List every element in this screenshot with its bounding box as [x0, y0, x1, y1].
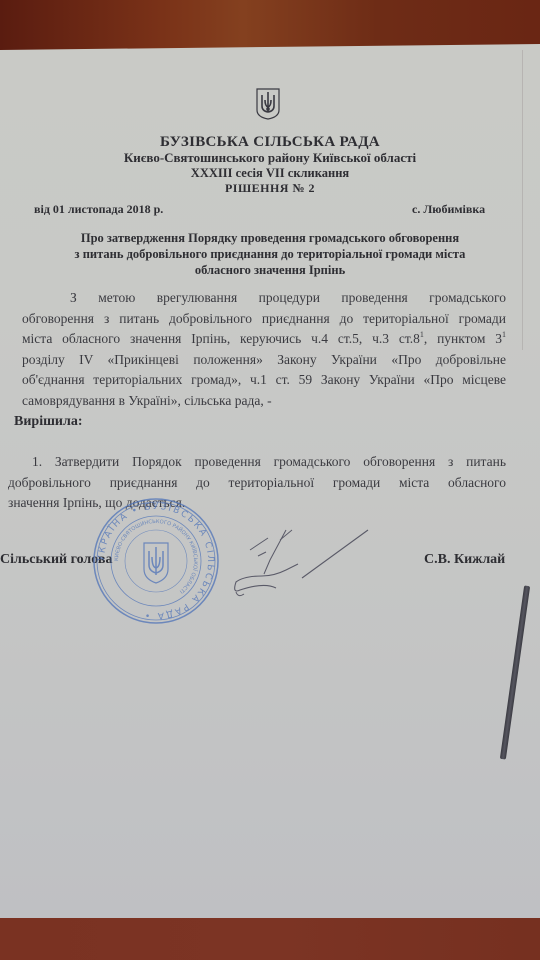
decision-place: с. Любимівка — [412, 202, 485, 217]
preamble-text: міста обласного значення Ірпінь, керуючи… — [22, 331, 420, 346]
signatory-name: С.В. Кижлай — [424, 552, 505, 568]
preamble-line: самоврядування в Україні», сільська рада… — [22, 391, 506, 412]
council-name: БУЗІВСЬКА СІЛЬСЬКА РАДА — [0, 134, 540, 151]
session-info: XXXIII сесія VII скликання — [0, 166, 540, 181]
decision-subject: Про затвердження Порядку проведення гром… — [0, 230, 540, 278]
resolution-line: 1. Затвердити Порядок проведення громадс… — [8, 452, 506, 473]
subject-line: з питань добровільного приєднання до тер… — [0, 246, 540, 262]
superscript: 1 — [502, 330, 506, 339]
resolution-line: значення Ірпінь, що додається. — [8, 493, 506, 514]
resolution-line: добровільного приєднання до територіальн… — [8, 473, 506, 494]
preamble-line: розділу IV «Прикінцеві положення» Закону… — [22, 350, 506, 371]
decision-title: РІШЕННЯ № 2 — [0, 181, 540, 196]
preamble-line: об'єднання територіальних громад», ч.1 с… — [22, 370, 506, 391]
preamble-paragraph: З метою врегулювання процедури проведенн… — [22, 288, 506, 411]
subject-line: Про затвердження Порядку проведення гром… — [0, 230, 540, 246]
resolved-label: Вирішила: — [14, 414, 82, 430]
preamble-line: З метою врегулювання процедури проведенн… — [22, 288, 506, 309]
preamble-line: обговорення з питань добровільного приєд… — [22, 309, 506, 330]
subject-line: обласного значення Ірпінь — [0, 262, 540, 278]
ukraine-trident-icon — [256, 88, 280, 120]
paper-fold-line — [522, 50, 523, 350]
stamp-trident-icon — [144, 543, 168, 583]
decision-date: від 01 листопада 2018 р. — [34, 202, 163, 217]
preamble-line: міста обласного значення Ірпінь, керуючи… — [22, 329, 506, 350]
official-stamp: УКРАЇНА • БУЗІВСЬКА СІЛЬСЬКА РАДА • КИЄВ… — [92, 497, 220, 625]
preamble-text: , пунктом 3 — [424, 331, 502, 346]
district-name: Києво-Святошинського району Київської об… — [0, 150, 540, 166]
handwritten-signature — [228, 520, 398, 600]
resolution-item: 1. Затвердити Порядок проведення громадс… — [8, 452, 506, 514]
